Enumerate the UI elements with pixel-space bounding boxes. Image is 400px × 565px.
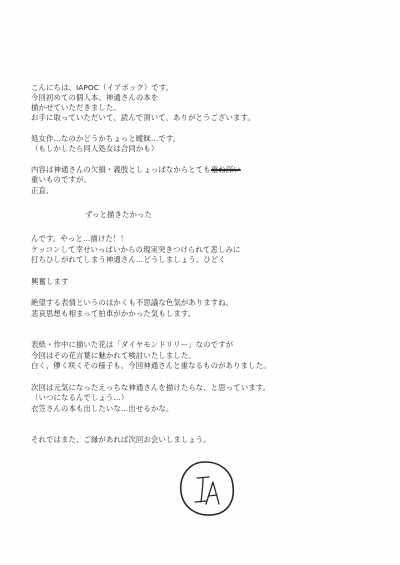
- next-time-line-3: 衣笠さんの本も出したいな…出せるかな。: [31, 404, 173, 414]
- first-work-line-1: 処女作…なのかどうかちょっと曖昧…です。: [31, 134, 180, 144]
- greeting-line-3: 描かせていただきました。: [31, 103, 121, 113]
- signature-logo-icon: [175, 458, 239, 520]
- confession-line-3: 打ちひしがれてしまう神通さん…どうしましょう。ひどく: [31, 255, 226, 265]
- next-time-line-2: （いつになるんでしょう…）: [31, 393, 128, 403]
- greeting-line-1: こんにちは、IAPOC（イアポック）です。: [31, 83, 173, 93]
- despair-line-2: 悲哀思想も相まって拍車がかかった気もします。: [31, 309, 195, 319]
- content-line-1-text: 内容は神通さんの欠損・義肢としょっぱなからとても: [31, 165, 211, 174]
- content-line-3: 正直、: [31, 186, 53, 196]
- flower-line-1: 表紙・作中に描いた花は「ダイヤモンドリリー」なのですが: [31, 340, 233, 350]
- struck-through-text: 重ね深い: [211, 165, 241, 174]
- despair-line-1: 絶望する表情というのはかくも不思議な色気がありますね。: [31, 298, 233, 308]
- content-line-1: 内容は神通さんの欠損・義肢としょっぱなからとても重ね深い: [31, 165, 241, 175]
- flower-line-2: 今回はその花言葉に魅かれて検討いたしました。: [31, 351, 196, 361]
- closing-line: それではまた、ご縁があれば次回お会いしましょう。: [31, 435, 211, 445]
- content-line-2: 重いものですが、: [31, 175, 91, 185]
- excited-line: 興奮します: [31, 277, 68, 287]
- confession-line-1: んです。やっと…描けた！！: [31, 234, 128, 244]
- next-time-line-1: 次回は元気になったえっちな神通さんを描けたらな、と思っています。: [31, 383, 270, 393]
- first-work-line-2: （もしかしたら同人処女は合同かも）: [31, 144, 158, 154]
- afterword-page: こんにちは、IAPOC（イアポック）です。 今回初めての個人本、神通さんの本を …: [0, 0, 400, 565]
- flower-line-3: 白く、儚く咲くその様子も、今回神通さんと重なるものがありました。: [31, 361, 271, 371]
- greeting-line-4: お手に取っていただいて、読んで頂いて、ありがとうございます。: [31, 113, 255, 123]
- confession-line-2: ケッコンして幸せいっぱいからの現実突きつけられて悲しみに: [31, 245, 240, 255]
- emphasis-line: ずっと描きたかった: [85, 210, 152, 220]
- greeting-line-2: 今回初めての個人本、神通さんの本を: [31, 93, 158, 103]
